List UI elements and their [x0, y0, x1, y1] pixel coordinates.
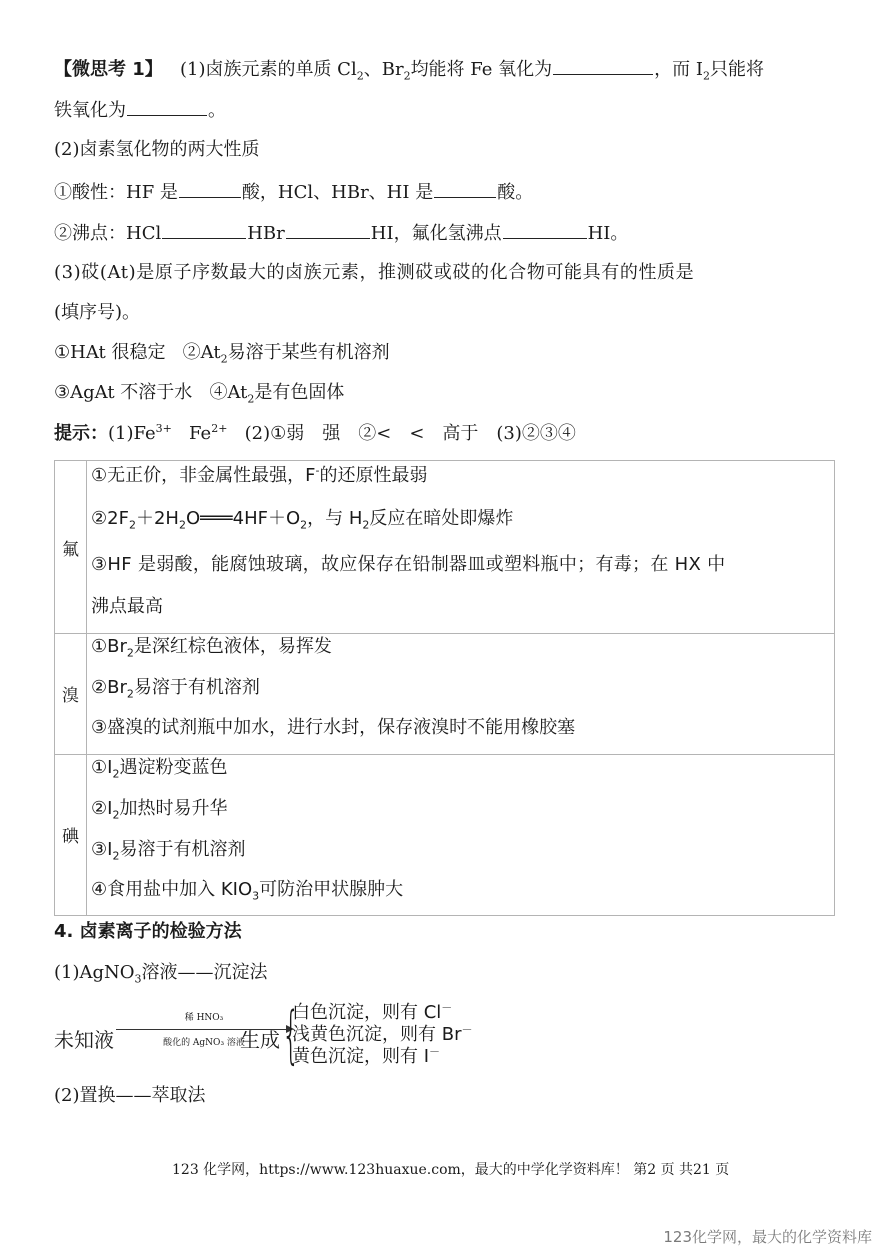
superscript: － — [441, 1001, 452, 1014]
property-line: ②I2加热时易升华 — [91, 797, 227, 821]
watermark: 123化学网，最大的化学资料库 — [663, 1226, 872, 1247]
text: ①I — [91, 757, 112, 778]
option-2: ②At2易溶于某些有机溶剂 — [183, 342, 390, 363]
think-q3-line1: (3)砹(At)是原子序数最大的卤族元素，推测砹或砹的化合物可能具有的性质是 — [54, 261, 694, 285]
q2-text: ②沸点：HCl — [54, 223, 161, 244]
section4-heading: 4. 卤素离子的检验方法 — [54, 920, 242, 944]
answer-blank[interactable] — [127, 97, 207, 116]
answer-blank[interactable] — [179, 179, 241, 198]
option-text: 易溶于某些有机溶剂 — [228, 342, 390, 363]
row-label: 溴 — [55, 633, 87, 754]
row-label: 碘 — [55, 754, 87, 915]
subscript: 2 — [221, 353, 228, 366]
section4-method2: (2)置换——萃取法 — [54, 1084, 206, 1108]
property-line: ③盛溴的试剂瓶中加水，进行水封，保存液溴时不能用橡胶塞 — [91, 716, 575, 740]
option-text: ②At — [183, 342, 221, 363]
result-iodide: 黄色沉淀，则有 I－ — [292, 1046, 440, 1068]
table-row-fluorine: 氟 ①无正价，非金属性最强，F-的还原性最弱 ②2F2＋2H2O═══4HF＋O… — [55, 461, 834, 634]
option-text: 是有色固体 — [254, 382, 344, 403]
text: ②I — [91, 798, 112, 819]
text: 白色沉淀，则有 Cl — [292, 1002, 441, 1023]
property-line: ②Br2易溶于有机溶剂 — [91, 676, 260, 700]
equals-sign: ═══ — [200, 508, 233, 529]
result-chloride: 白色沉淀，则有 Cl－ — [292, 1002, 452, 1024]
text: ，与 H — [307, 508, 362, 529]
text: ②2F — [91, 508, 129, 529]
result-bromide: 浅黄色沉淀，则有 Br－ — [292, 1024, 472, 1046]
diagram-start: 未知液 — [54, 1024, 114, 1053]
row-label: 氟 — [55, 461, 87, 633]
diagram-produce: 生成 — [240, 1024, 280, 1053]
property-line: ③I2易溶于有机溶剂 — [91, 838, 245, 862]
subscript: 3 — [135, 973, 142, 986]
q1-text: 均能将 Fe 氧化为 — [411, 59, 553, 80]
superscript: － — [429, 1045, 440, 1058]
table-row-iodine: 碘 ①I2遇淀粉变蓝色 ②I2加热时易升华 ③I2易溶于有机溶剂 ④食用盐中加入… — [55, 754, 834, 915]
text: 黄色沉淀，则有 I — [292, 1046, 429, 1067]
property-line: ②2F2＋2H2O═══4HF＋O2，与 H2反应在暗处即爆炸 — [91, 507, 513, 531]
option-text: ④At — [209, 382, 247, 403]
text: 易溶于有机溶剂 — [134, 677, 260, 698]
think-q1-line2: 铁氧化为。 — [54, 97, 226, 123]
property-line: ①Br2是深红棕色液体，易挥发 — [91, 635, 332, 659]
q2-text: HI，氟化氢沸点 — [371, 223, 502, 244]
text: ①Br — [91, 636, 127, 657]
answer-blank[interactable] — [503, 220, 587, 239]
hint-text: Fe — [189, 423, 211, 444]
q1-text: (1)卤族元素的单质 Cl — [180, 59, 357, 80]
property-line: ③HF 是弱酸，能腐蚀玻璃，故应保存在铅制器皿或塑料瓶中；有毒；在 HX 中 — [91, 553, 725, 577]
text: 加热时易升华 — [119, 798, 227, 819]
text: ④食用盐中加入 KIO — [91, 879, 252, 900]
q1-text: 铁氧化为 — [54, 100, 126, 121]
answer-blank[interactable] — [286, 220, 370, 239]
property-line: ④食用盐中加入 KIO3可防治甲状腺肿大 — [91, 878, 403, 902]
think-q3-options-a: ①HAt 很稳定 ②At2易溶于某些有机溶剂 — [54, 341, 390, 365]
text: ②Br — [91, 677, 127, 698]
subscript: 2 — [127, 647, 134, 660]
precipitation-diagram: 未知液 稀 HNO₃ 酸化的 AgNO₃ 溶液 生成 { 白色沉淀，则有 Cl－… — [54, 1000, 534, 1080]
subscript: 2 — [129, 519, 136, 532]
q2-text: HBr — [247, 223, 285, 244]
text: 的还原性最弱 — [319, 465, 427, 486]
table-row-bromine: 溴 ①Br2是深红棕色液体，易挥发 ②Br2易溶于有机溶剂 ③盛溴的试剂瓶中加水… — [55, 633, 834, 755]
halogen-properties-table: 氟 ①无正价，非金属性最强，F-的还原性最弱 ②2F2＋2H2O═══4HF＋O… — [54, 460, 835, 916]
superscript: 3+ — [156, 422, 172, 435]
think-q2-bp: ②沸点：HClHBrHI，氟化氢沸点HI。 — [54, 220, 628, 246]
subscript: 2 — [127, 688, 134, 701]
text: 浅黄色沉淀，则有 Br — [292, 1024, 461, 1045]
text: 4HF＋O — [233, 508, 301, 529]
property-line: 沸点最高 — [91, 595, 163, 619]
property-line: ①I2遇淀粉变蓝色 — [91, 756, 227, 780]
hint-label: 提示： — [54, 423, 108, 444]
subscript: 2 — [404, 70, 411, 83]
arrow-top-label: 稀 HNO₃ — [116, 1010, 292, 1023]
think-q2-heading: (2)卤素氢化物的两大性质 — [54, 138, 260, 162]
text: 是深红棕色液体，易挥发 — [134, 636, 332, 657]
think-q1-line1: 【微思考 1】 (1)卤族元素的单质 Cl2、Br2均能将 Fe 氧化为，而 I… — [54, 56, 764, 82]
text: 溶液——沉淀法 — [142, 962, 268, 983]
think-q3-options-b: ③AgAt 不溶于水 ④At2是有色固体 — [54, 381, 344, 405]
answer-blank[interactable] — [162, 220, 246, 239]
think-title: 【微思考 1】 — [54, 59, 163, 80]
property-line: ①无正价，非金属性最强，F-的还原性最弱 — [91, 464, 427, 488]
q2-text: ①酸性：HF 是 — [54, 182, 178, 203]
page-footer: 123 化学网，https://www.123huaxue.com，最大的中学化… — [172, 1160, 729, 1180]
answer-blank[interactable] — [434, 179, 496, 198]
hint-line: 提示：(1)Fe3+ Fe2+ (2)①弱 强 ②< < 高于 (3)②③④ — [54, 422, 576, 446]
text: 易溶于有机溶剂 — [119, 839, 245, 860]
option-4: ④At2是有色固体 — [209, 382, 344, 403]
option-3: ③AgAt 不溶于水 — [54, 382, 192, 403]
text: (1)AgNO — [54, 962, 135, 983]
text: ＋2H — [136, 508, 179, 529]
think-q2-acid: ①酸性：HF 是酸，HCl、HBr、HI 是酸。 — [54, 179, 533, 205]
think-q3-line2: (填序号)。 — [54, 301, 140, 325]
superscript: － — [461, 1023, 472, 1036]
subscript: 2 — [179, 519, 186, 532]
subscript: 2 — [357, 70, 364, 83]
text: 遇淀粉变蓝色 — [119, 757, 227, 778]
q1-text: ，而 I — [654, 59, 703, 80]
text: 反应在暗处即爆炸 — [369, 508, 513, 529]
q1-text: 。 — [208, 100, 226, 121]
superscript: 2+ — [211, 422, 227, 435]
text: O — [186, 508, 200, 529]
q2-text: 酸，HCl、HBr、HI 是 — [242, 182, 433, 203]
text: ③I — [91, 839, 112, 860]
text: ①无正价，非金属性最强，F — [91, 465, 316, 486]
q2-text: 酸。 — [497, 182, 533, 203]
hint-text: (2)①弱 强 ②< < 高于 (3)②③④ — [245, 423, 576, 444]
section4-method1: (1)AgNO3溶液——沉淀法 — [54, 961, 268, 985]
text: 可防治甲状腺肿大 — [259, 879, 403, 900]
q1-text: 、Br — [364, 59, 404, 80]
q1-text: 只能将 — [710, 59, 764, 80]
subscript: 2 — [703, 70, 710, 83]
option-1: ①HAt 很稳定 — [54, 342, 165, 363]
answer-blank[interactable] — [553, 56, 653, 75]
hint-text: (1)Fe — [108, 423, 156, 444]
q2-text: HI。 — [588, 223, 629, 244]
